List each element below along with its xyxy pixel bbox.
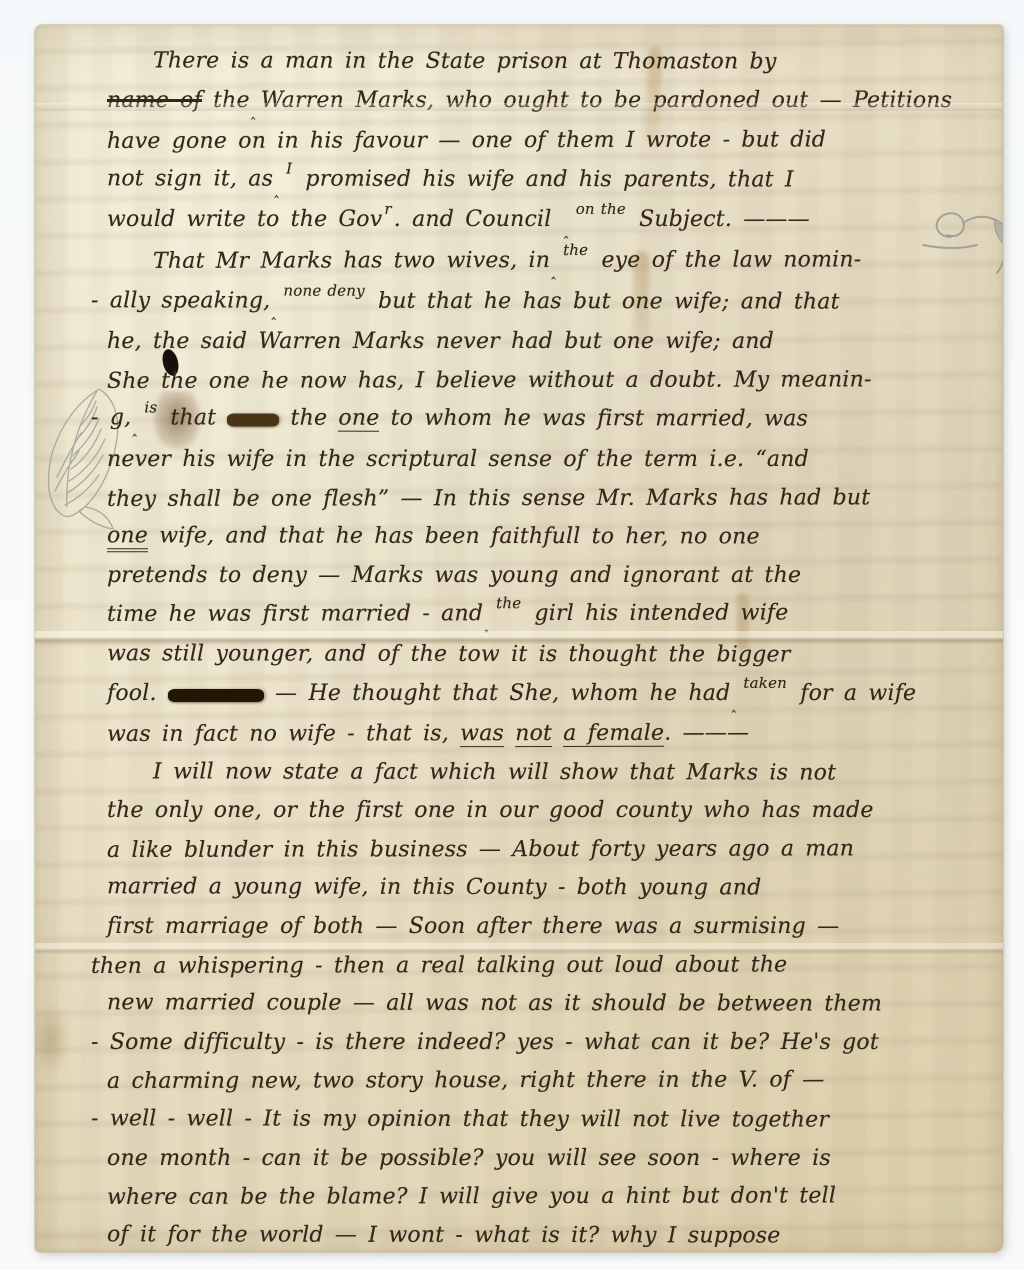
handwritten-text: That Mr Marks has two wives, in (153, 248, 550, 274)
handwritten-text: have gone on in his favour — one of them… (107, 128, 826, 155)
handwritten-text: - well - well - It is my opinion that th… (91, 1106, 829, 1132)
letter-line: he, the said Warren Marks never had but … (107, 323, 985, 362)
letter-line: That Mr Marks has two wives, in‸the eye … (107, 241, 985, 283)
letter-line: married a young wife, in this County - b… (107, 869, 985, 909)
letter-line: one month - can it be possible? you will… (107, 1140, 985, 1179)
letter-line: - ally speaking,‸none deny but that he h… (91, 282, 985, 324)
handwritten-text (504, 721, 515, 746)
letter-line: a charming new, two story house, right t… (107, 1062, 985, 1102)
handwritten-text: married a young wife, in this County - b… (107, 875, 761, 901)
letter-line: - g,‸is that the one to whom he was firs… (91, 400, 985, 442)
scanned-letter-screenshot: There is a man in the State prison at Th… (0, 0, 1024, 1270)
handwritten-text: not sign it, as (107, 166, 273, 191)
handwritten-text: . ——— (664, 721, 749, 746)
inserted-text: I (286, 149, 292, 188)
handwritten-text: never his wife in the scriptural sense o… (107, 447, 809, 472)
letter-line: pretends to deny — Marks was young and i… (107, 557, 985, 596)
inserted-text: on the (576, 190, 626, 229)
handwritten-text: was in fact no wife - that is, (107, 721, 460, 747)
handwritten-text: the (279, 406, 338, 431)
inserted-text: is (144, 389, 157, 428)
handwritten-text: not (515, 721, 552, 747)
letter-lines: There is a man in the State prison at Th… (35, 25, 1003, 1252)
handwritten-text: one month - can it be possible? you will… (107, 1146, 831, 1171)
handwritten-text: he, the said Warren Marks never had but … (107, 329, 774, 354)
insertion-caret: ‸ (271, 293, 280, 332)
letter-line: have gone on in his favour — one of them… (107, 121, 985, 161)
letter-line: new married couple — all was not as it s… (107, 984, 985, 1024)
handwritten-text: eye of the law nomin- (590, 247, 861, 273)
letter-line: a like blunder in this business — About … (107, 830, 985, 870)
handwritten-text: — He thought that She, whom he had (264, 681, 731, 706)
handwritten-text: - ally speaking, (91, 288, 270, 313)
handwritten-text: - Some difficulty - is there indeed? yes… (91, 1030, 879, 1055)
inserted-text: taken (743, 664, 787, 703)
handwritten-text: first marriage of both — Soon after ther… (107, 914, 839, 939)
ink-blot-strikeout (227, 414, 279, 427)
letter-line: not sign it, as‸I promised his wife and … (107, 160, 985, 202)
letter-line: She the one he now has, I believe withou… (107, 361, 985, 401)
letter-line: I will now state a fact which will show … (107, 753, 985, 793)
letter-page: There is a man in the State prison at Th… (35, 25, 1003, 1252)
handwritten-text: a female (563, 721, 664, 747)
handwritten-text: girl his intended wife (523, 601, 788, 627)
letter-line: name of the‸Warren Marks, who ought to b… (107, 82, 985, 123)
handwritten-text: one (338, 406, 379, 432)
insertion-caret: ‸ (132, 411, 141, 450)
handwritten-text: where can be the blame? I will give you … (107, 1184, 836, 1211)
inserted-text: the (496, 584, 521, 623)
inserted-text: none deny (283, 271, 364, 310)
struck-text: name of (107, 88, 202, 113)
handwritten-text: new married couple — all was not as it s… (107, 990, 882, 1016)
letter-line: was in fact no wife - that is, was not a… (107, 714, 985, 754)
letter-line: fool. — He thought that She, whom he had… (107, 675, 985, 716)
handwritten-text: . and Council (394, 207, 563, 232)
letter-line: would write to the Govr. and Council ‸on… (107, 201, 985, 242)
letter-line: of it for the world — I wont - what is i… (107, 1216, 985, 1252)
letter-line: where can be the blame? I will give you … (107, 1177, 985, 1217)
letter-line: - well - well - It is my opinion that th… (91, 1100, 985, 1140)
letter-line: then a whispering - then a real talking … (91, 946, 985, 986)
letter-line: There is a man in the State prison at Th… (107, 42, 985, 82)
handwritten-text: would write to the Gov (107, 207, 382, 232)
handwritten-text: fool. (107, 681, 168, 706)
letter-line: the only one, or the first one in our go… (107, 792, 985, 831)
handwritten-text: time he was first married - and (107, 601, 483, 627)
letter-line: - Some difficulty - is there indeed? yes… (91, 1024, 985, 1063)
handwritten-text: a charming new, two story house, right t… (107, 1068, 825, 1095)
handwritten-text: was still younger, and of the tow it is … (107, 641, 791, 667)
letter-line: one wife, and that he has been faithfull… (107, 517, 985, 557)
handwritten-text: for a wife (789, 681, 916, 706)
handwritten-text: was (460, 721, 504, 747)
letter-line: time he was first married - and‸the girl… (107, 594, 985, 636)
handwritten-text: Warren Marks, who ought to be pardoned o… (261, 88, 952, 113)
letter-line: first marriage of both — Soon after ther… (107, 908, 985, 947)
handwritten-text: that (159, 406, 227, 431)
handwritten-text: wife, and that he has been faithfull to … (148, 523, 760, 549)
handwritten-text: to whom he was first married, was (379, 406, 808, 432)
letter-line: was still younger, and of the tow it is … (107, 635, 985, 675)
handwritten-text: a like blunder in this business — About … (107, 836, 854, 863)
insertion-caret: ‸ (274, 171, 283, 210)
letter-line: never his wife in the scriptural sense o… (107, 441, 985, 480)
handwritten-text: She the one he now has, I believe withou… (107, 367, 872, 394)
inserted-text: r (384, 190, 391, 229)
handwritten-text: Subject. ——— (628, 207, 810, 232)
inserted-text: the (563, 231, 588, 270)
letter-line: they shall be one flesh” — In this sense… (107, 479, 985, 519)
handwritten-text: promised his wife and his parents, that … (294, 166, 794, 192)
handwritten-text: There is a man in the State prison at Th… (153, 48, 777, 74)
handwritten-text (552, 721, 563, 746)
handwritten-text: - g, (91, 406, 131, 431)
handwritten-text: pretends to deny — Marks was young and i… (107, 563, 801, 588)
handwritten-text: of it for the world — I wont - what is i… (107, 1222, 781, 1248)
handwritten-text: I will now state a fact which will show … (153, 759, 836, 785)
handwritten-text: the only one, or the first one in our go… (107, 798, 874, 823)
handwritten-text: then a whispering - then a real talking … (91, 952, 787, 978)
handwritten-text: they shall be one flesh” — In this sense… (107, 485, 870, 512)
handwritten-text: the (202, 88, 250, 113)
handwritten-text: one (107, 523, 148, 552)
ink-blot-strikeout (168, 689, 264, 702)
handwritten-text: but that he has but one wife; and that (367, 288, 840, 314)
